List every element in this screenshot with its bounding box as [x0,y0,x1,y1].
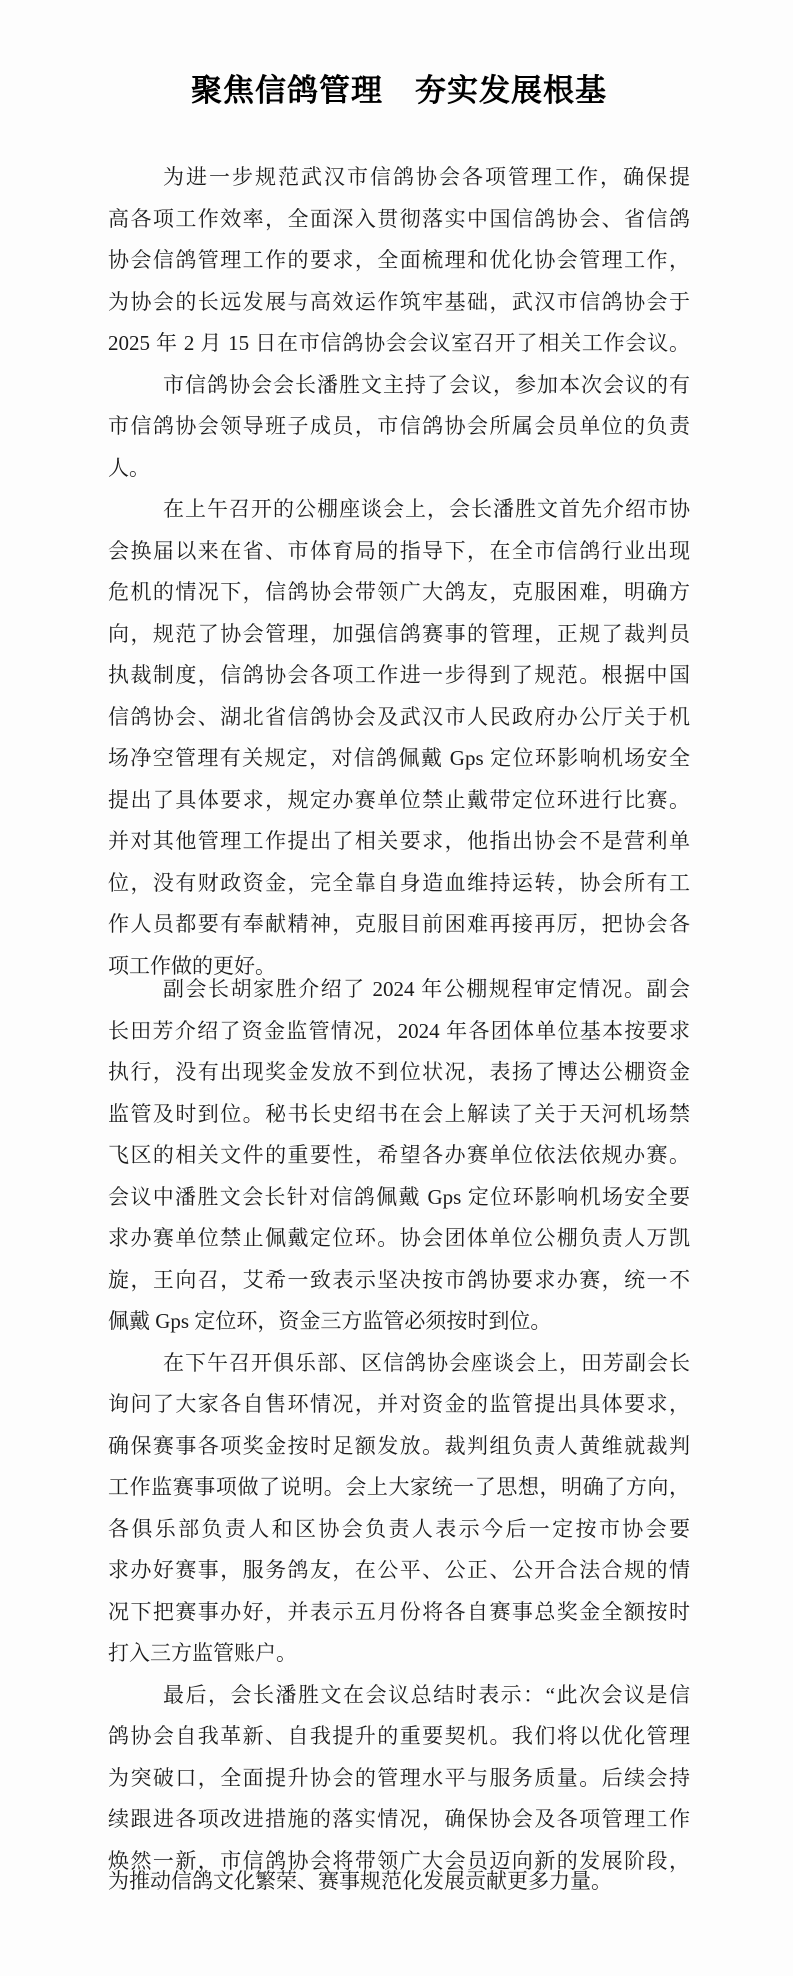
text-line: 为突破口，全面提升协会的管理水平与服务质量。后续会持 [108,1758,690,1800]
text-line: 高各项工作效率，全面深入贯彻落实中国信鸽协会、省信鸽 [108,199,690,241]
text-line: 信鸽协会、湖北省信鸽协会及武汉市人民政府办公厅关于机 [108,697,690,739]
text-line: 市信鸽协会会长潘胜文主持了会议，参加本次会议的有 [108,365,690,407]
text-line: 提出了具体要求，规定办赛单位禁止戴带定位环进行比赛。 [108,780,690,822]
text-line: 在下午召开俱乐部、区信鸽协会座谈会上，田芳副会长 [108,1343,690,1385]
text-line: 副会长胡家胜介绍了 2024 年公棚规程审定情况。副会 [108,969,690,1011]
text-line: 会议中潘胜文会长针对信鸽佩戴 Gps 定位环影响机场安全要 [108,1177,690,1219]
text-line: 监管及时到位。秘书长史绍书在会上解读了关于天河机场禁 [108,1094,690,1136]
text-line: 并对其他管理工作提出了相关要求，他指出协会不是营利单 [108,821,690,863]
text-line: 作人员都要有奉献精神，克服目前困难再接再厉，把协会各 [108,904,690,946]
text-line: 打入三方监管账户。 [108,1633,690,1675]
text-line: 长田芳介绍了资金监管情况，2024 年各团体单位基本按要求 [108,1011,690,1053]
text-line: 求办赛单位禁止佩戴定位环。协会团体单位公棚负责人万凯 [108,1218,690,1260]
article-body: 为进一步规范武汉市信鸽协会各项管理工作，确保提高各项工作效率，全面深入贯彻落实中… [108,157,690,1903]
text-line: 为协会的长远发展与高效运作筑牢基础，武汉市信鸽协会于 [108,282,690,324]
paragraph: 在下午召开俱乐部、区信鸽协会座谈会上，田芳副会长询问了大家各自售环情况，并对资金… [108,1343,690,1675]
text-line: 场净空管理有关规定，对信鸽佩戴 Gps 定位环影响机场安全 [108,738,690,780]
paragraph: 市信鸽协会会长潘胜文主持了会议，参加本次会议的有市信鸽协会领导班子成员，市信鸽协… [108,365,690,490]
text-line: 工作监赛事项做了说明。会上大家统一了思想，明确了方向， [108,1467,690,1509]
text-line: 位，没有财政资金，完全靠自身造血维持运转，协会所有工 [108,863,690,905]
text-line: 会换届以来在省、市体育局的指导下，在全市信鸽行业出现 [108,531,690,573]
text-line: 佩戴 Gps 定位环，资金三方监管必须按时到位。 [108,1301,690,1343]
text-line: 鸽协会自我革新、自我提升的重要契机。我们将以优化管理 [108,1716,690,1758]
text-line: 协会信鸽管理工作的要求，全面梳理和优化协会管理工作， [108,240,690,282]
text-line: 询问了大家各自售环情况，并对资金的监管提出具体要求， [108,1384,690,1426]
text-line: 市信鸽协会领导班子成员，市信鸽协会所属会员单位的负责 [108,406,690,448]
text-line: 各俱乐部负责人和区协会负责人表示今后一定按市协会要 [108,1509,690,1551]
text-line: 执行，没有出现奖金发放不到位状况，表扬了博达公棚资金 [108,1052,690,1094]
text-line: 确保赛事各项奖金按时足额发放。裁判组负责人黄维就裁判 [108,1426,690,1468]
text-line: 2025 年 2 月 15 日在市信鸽协会会议室召开了相关工作会议。 [108,323,690,365]
text-line: 最后，会长潘胜文在会议总结时表示：“此次会议是信 [108,1675,690,1717]
text-line: 危机的情况下，信鸽协会带领广大鸽友，克服困难，明确方 [108,572,690,614]
text-line: 人。 [108,448,690,490]
document-page: 聚焦信鸽管理 夯实发展根基 为进一步规范武汉市信鸽协会各项管理工作，确保提高各项… [0,0,793,1976]
text-line: 续跟进各项改进措施的落实情况，确保协会及各项管理工作 [108,1799,690,1841]
text-line: 求办好赛事，服务鸽友，在公平、公正、公开合法合规的情 [108,1550,690,1592]
paragraph: 副会长胡家胜介绍了 2024 年公棚规程审定情况。副会长田芳介绍了资金监管情况，… [108,969,690,1343]
text-line: 执裁制度，信鸽协会各项工作进一步得到了规范。根据中国 [108,655,690,697]
text-line: 为进一步规范武汉市信鸽协会各项管理工作，确保提 [108,157,690,199]
paragraph: 最后，会长潘胜文在会议总结时表示：“此次会议是信鸽协会自我革新、自我提升的重要契… [108,1675,690,1903]
article-title: 聚焦信鸽管理 夯实发展根基 [108,66,690,116]
text-line: 向，规范了协会管理，加强信鸽赛事的管理，正规了裁判员 [108,614,690,656]
text-line: 在上午召开的公棚座谈会上，会长潘胜文首先介绍市协 [108,489,690,531]
paragraph: 为进一步规范武汉市信鸽协会各项管理工作，确保提高各项工作效率，全面深入贯彻落实中… [108,157,690,365]
text-line: 为推动信鸽文化繁荣、赛事规范化发展贡献更多力量。 [108,1861,690,1903]
text-line: 飞区的相关文件的重要性，希望各办赛单位依法依规办赛。 [108,1135,690,1177]
text-line: 旋，王向召，艾希一致表示坚决按市鸽协要求办赛，统一不 [108,1260,690,1302]
paragraph: 在上午召开的公棚座谈会上，会长潘胜文首先介绍市协会换届以来在省、市体育局的指导下… [108,489,690,987]
text-line: 况下把赛事办好，并表示五月份将各自赛事总奖金全额按时 [108,1592,690,1634]
